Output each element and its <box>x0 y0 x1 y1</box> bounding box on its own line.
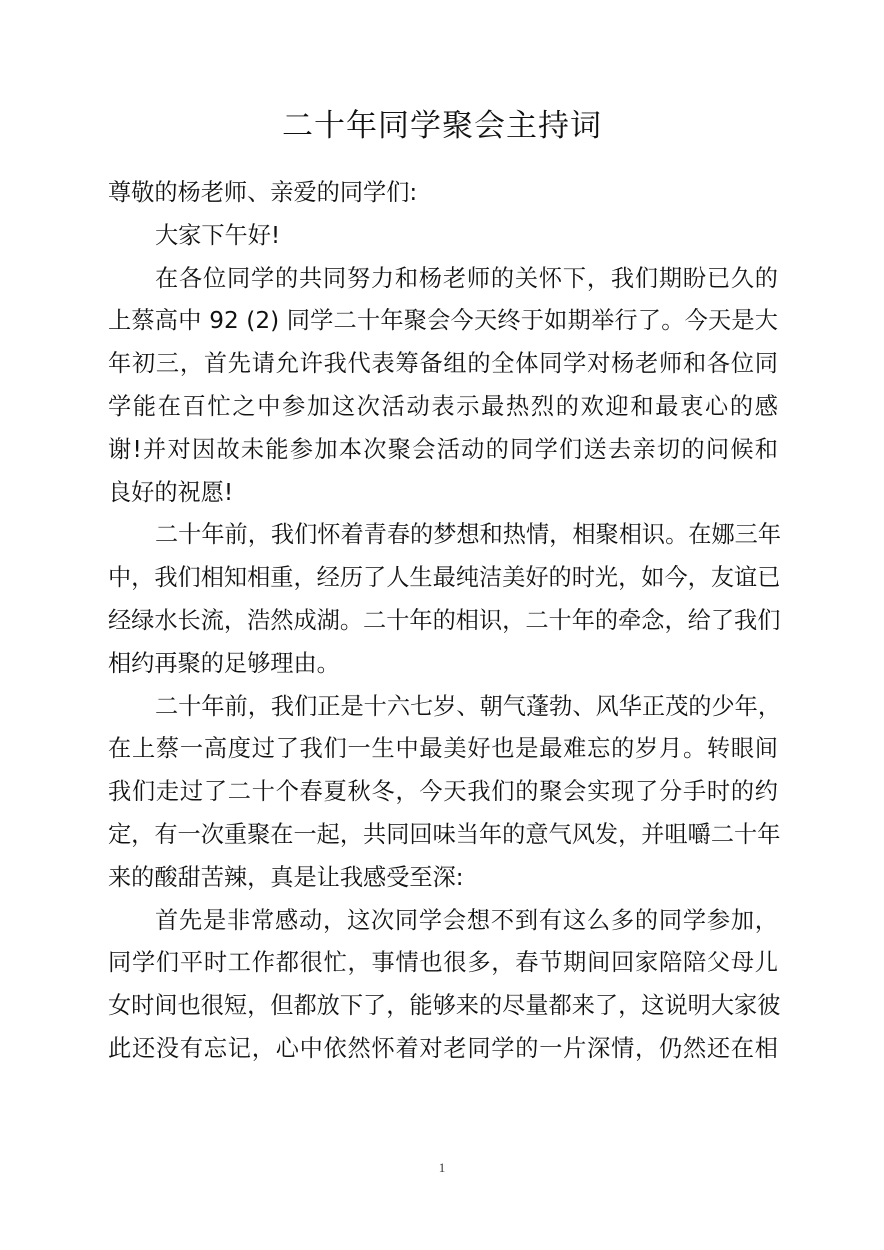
document-body: 尊敬的杨老师、亲爱的同学们: 大家下午好! 在各位同学的共同努力和杨老师的关怀下… <box>108 172 778 1071</box>
paragraph-opening: 在各位同学的共同努力和杨老师的关怀下，我们期盼已久的 上蔡高中 92 (2) 同… <box>108 258 778 515</box>
paragraph-line: 在上蔡一高度过了我们一生中最美好也是最难忘的岁月。转眼间 <box>108 728 778 771</box>
paragraph-line: 在各位同学的共同努力和杨老师的关怀下，我们期盼已久的 <box>108 258 778 301</box>
paragraph-line: 上蔡高中 92 (2) 同学二十年聚会今天终于如期举行了。今天是大 <box>108 300 778 343</box>
salutation: 尊敬的杨老师、亲爱的同学们: <box>108 172 778 215</box>
paragraph-line: 年初三，首先请允许我代表筹备组的全体同学对杨老师和各位同 <box>108 343 778 386</box>
paragraph-line: 经绿水长流，浩然成湖。二十年的相识，二十年的牵念，给了我们 <box>108 600 778 643</box>
document-title: 二十年同学聚会主持词 <box>0 100 884 152</box>
paragraph-line: 二十年前，我们怀着青春的梦想和热情，相聚相识。在娜三年 <box>108 514 778 557</box>
paragraph-line: 中，我们相知相重，经历了人生最纯洁美好的时光，如今，友谊已 <box>108 557 778 600</box>
paragraph-line: 谢!并对因故未能参加本次聚会活动的同学们送去亲切的问候和 <box>108 429 778 472</box>
paragraph-line: 来的酸甜苦辣，真是让我感受至深: <box>108 857 778 900</box>
paragraph-line: 二十年前，我们正是十六七岁、朝气蓬勃、风华正茂的少年， <box>108 686 778 729</box>
paragraph-youth: 二十年前，我们正是十六七岁、朝气蓬勃、风华正茂的少年， 在上蔡一高度过了我们一生… <box>108 686 778 900</box>
page-number: 1 <box>0 1160 884 1176</box>
paragraph-line: 良好的祝愿! <box>108 472 778 515</box>
document-page: 二十年同学聚会主持词 尊敬的杨老师、亲爱的同学们: 大家下午好! 在各位同学的共… <box>0 0 884 1250</box>
paragraph-line: 此还没有忘记，心中依然怀着对老同学的一片深情，仍然还在相 <box>108 1028 778 1071</box>
paragraph-twenty-years-ago: 二十年前，我们怀着青春的梦想和热情，相聚相识。在娜三年 中，我们相知相重，经历了… <box>108 514 778 685</box>
paragraph-line: 相约再聚的足够理由。 <box>108 643 778 686</box>
paragraph-line: 我们走过了二十个春夏秋冬，今天我们的聚会实现了分手时的约 <box>108 771 778 814</box>
greeting: 大家下午好! <box>108 215 778 258</box>
paragraph-moved: 首先是非常感动，这次同学会想不到有这么多的同学参加， 同学们平时工作都很忙，事情… <box>108 900 778 1071</box>
paragraph-line: 同学们平时工作都很忙，事情也很多，春节期间回家陪陪父母儿 <box>108 942 778 985</box>
paragraph-line: 女时间也很短，但都放下了，能够来的尽量都来了，这说明大家彼 <box>108 985 778 1028</box>
paragraph-line: 首先是非常感动，这次同学会想不到有这么多的同学参加， <box>108 900 778 943</box>
paragraph-line: 定，有一次重聚在一起，共同回味当年的意气风发，并咀嚼二十年 <box>108 814 778 857</box>
paragraph-line: 学能在百忙之中参加这次活动表示最热烈的欢迎和最衷心的感 <box>108 386 778 429</box>
